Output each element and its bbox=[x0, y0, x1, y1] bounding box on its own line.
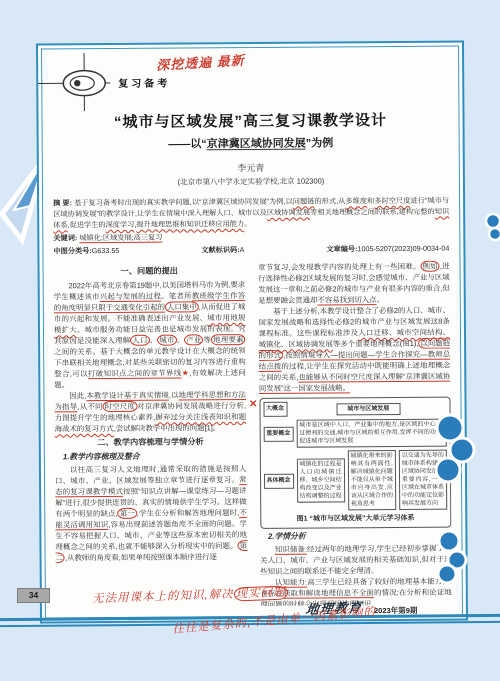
abstract: 摘 要: 基于复习备考时出现的真实教学问题,以“京津冀区域协同发展”为例,以问题… bbox=[53, 195, 449, 231]
article-meta-row: 中图分类号:G633.55 文献标识码:A 文章编号:1005-5207(202… bbox=[53, 243, 449, 258]
right-column: 章节复习,会发现教学内容的处理上有一些困难。例如,进行选择性必修2区域发展的复习… bbox=[258, 261, 452, 606]
article-id-item: 文章编号:1005-5207(2023)09-0034-04 bbox=[326, 243, 449, 256]
paragraph: 2022年高考北京卷第19题中,以美国塔科马市为例,要求学生概述该市兴起与发展的… bbox=[54, 279, 246, 390]
column-label: 复习备考 bbox=[118, 75, 170, 90]
figure-concept-map: ✕ 大概念 城市与区域发展 重要概念 城市是区域中人口、产业集中的地方,是区域的… bbox=[259, 397, 451, 529]
figure-box: 城镇化的过程是人口向城镇迁移、城乡空间结构改变以及产业结构调整的过程 bbox=[296, 458, 344, 502]
article-subtitle: ——以“京津冀区域协同发展”为例 bbox=[53, 134, 449, 153]
journal-page: 复习备考 深挖透遍 最新 “城市与区域发展”高三复习课教学设计 ——以“京津冀区… bbox=[36, 41, 468, 624]
page-number: 34 bbox=[17, 588, 50, 603]
figure-box: 城市与区域发展 bbox=[336, 402, 400, 414]
paragraph: 基于上述分析,本教学设计整合了必修2的人口、城市、国家发展战略和选择性必修2的城… bbox=[258, 305, 450, 394]
left-column: 一、问题的提出 2022年高考北京卷第19题中,以美国塔科马市为例,要求学生概述… bbox=[54, 262, 248, 607]
subsection-heading-2: 2.学情分析 bbox=[260, 530, 452, 542]
abstract-text: 基于复习备考时出现的真实教学问题,以“京津冀区域协同发展”为例,以问题链的形式,… bbox=[53, 196, 449, 230]
keywords-label: 关键词: bbox=[53, 233, 77, 242]
paragraph: 章节复习,会发现教学内容的处理上有一些困难。例如,进行选择性必修2区域发展的复习… bbox=[258, 261, 450, 306]
photo-background: 复习备考 深挖透遍 最新 “城市与区域发展”高三复习课教学设计 ——以“京津冀区… bbox=[0, 0, 500, 681]
figure-label: 大概念 bbox=[263, 402, 287, 417]
clc-item: 中图分类号:G633.55 bbox=[53, 245, 119, 257]
page-header: 复习备考 深挖透遍 最新 bbox=[52, 49, 448, 100]
section-heading-1: 一、问题的提出 bbox=[54, 265, 246, 277]
subsection-heading-1: 1.教学内容梳理及整合 bbox=[55, 450, 247, 462]
figure-box: 城镇化带来的影响具有两面性,解决城镇化问题不能仅从单个城市自身出发,应该从区域合… bbox=[348, 450, 397, 510]
author-affiliation: (北京市第八中学永定实验学校,北京 102300) bbox=[53, 175, 449, 189]
cloud-decoration-1 bbox=[434, 412, 476, 488]
cloud-decoration-2 bbox=[435, 528, 471, 586]
paragraph: 因此,本教学设计基于真实情境,以地理学科思想和方法为指导,从不同时空尺度对京津冀… bbox=[54, 389, 246, 434]
figure-box: 城市是区域中人口、产业集中的地方,是区域的中心,通过便利的交通,城市与区域的相互… bbox=[296, 419, 447, 448]
paragraph: 知识储备:经过两年的地理学习,学生已经初步掌握了有关人口、城市、产业与区域发展的… bbox=[260, 543, 452, 577]
issue-label: 2023年第9期 bbox=[374, 605, 417, 616]
paragraph: 以往高三复习人文地理时,通常采取的措施是按照人口、城市、产业、区域发展等独立章节… bbox=[55, 463, 247, 563]
doc-code-item: 文献标识码:A bbox=[201, 244, 244, 256]
figure-row-1: 大概念 城市与区域发展 bbox=[263, 401, 447, 417]
journal-eye-icon bbox=[38, 53, 130, 112]
page-content: 复习备考 深挖透遍 最新 “城市与区域发展”高三复习课教学设计 ——以“京津冀区… bbox=[52, 49, 452, 616]
section-heading-2: 二、教学内容梳理与学情分析 bbox=[55, 436, 247, 448]
figure-label: 具体概念 bbox=[263, 473, 293, 488]
red-cross-mark: ✕ bbox=[249, 399, 257, 410]
handwritten-note-top: 深挖透遍 最新 bbox=[156, 50, 246, 74]
author-name: 李元青 bbox=[53, 160, 449, 176]
keywords-line: 关键词: 城镇化;区域发展;高三复习 bbox=[53, 230, 449, 244]
figure-label: 重要概念 bbox=[263, 426, 293, 441]
abstract-label: 摘 要: bbox=[53, 198, 72, 207]
keywords-value: 城镇化;区域发展;高三复习 bbox=[79, 233, 162, 243]
figure-row-2: 重要概念 城市是区域中人口、产业集中的地方,是区域的中心,通过便利的交通,城市与… bbox=[263, 419, 447, 448]
article-title: “城市与区域发展”高三复习课教学设计 bbox=[52, 109, 448, 133]
figure-row-3: 具体概念 城镇化的过程是人口向城镇迁移、城乡空间结构改变以及产业结构调整的过程 … bbox=[263, 450, 447, 511]
figure-caption: 图1 “城市与区域发展”大单元学习体系 bbox=[264, 513, 448, 525]
two-column-body: 一、问题的提出 2022年高考北京卷第19题中,以美国塔科马市为例,要求学生概述… bbox=[54, 261, 452, 608]
cloud-decoration-3 bbox=[479, 212, 500, 242]
